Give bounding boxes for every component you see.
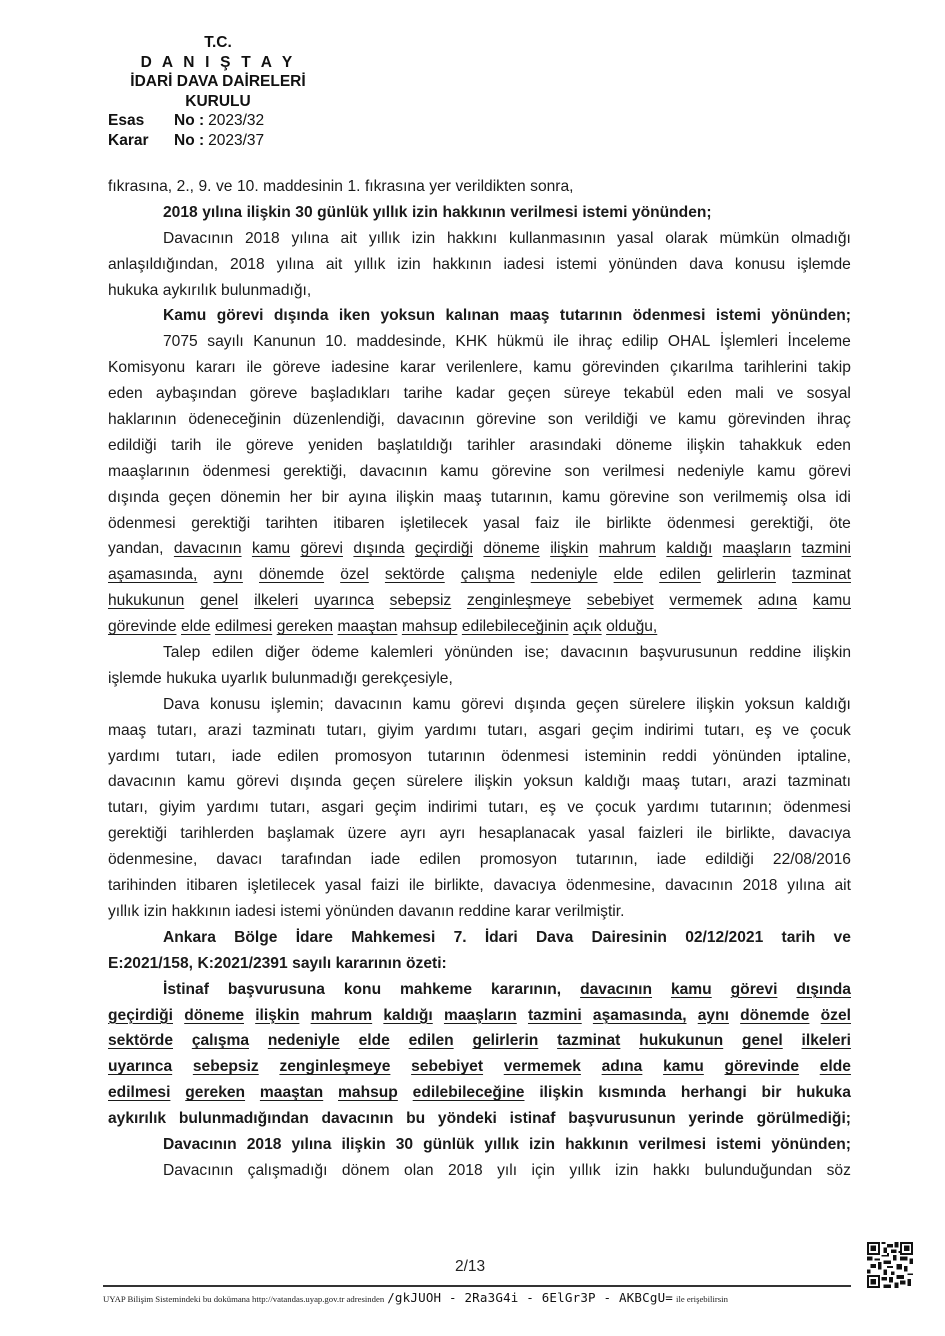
word: yıllık xyxy=(484,1134,519,1160)
word: dışında xyxy=(290,771,341,797)
word: itibaren xyxy=(186,875,237,901)
word: olarak xyxy=(665,228,707,254)
word: indirimi xyxy=(428,797,477,823)
word: mahkeme xyxy=(400,979,472,1005)
word: davacıya xyxy=(788,823,850,849)
word: yılına xyxy=(291,228,328,254)
word: yardımı xyxy=(647,797,699,823)
word: ile xyxy=(216,435,232,461)
word: nedeniyle xyxy=(677,461,744,487)
word: istemi xyxy=(280,901,321,927)
text-line: Davakonusuişlemin;davacınınkamugörevidış… xyxy=(108,694,851,720)
underlined-word: adına xyxy=(758,590,797,616)
esas-label: Esas xyxy=(108,111,174,131)
text-line: Davacının2018yılınailişkin30günlükyıllık… xyxy=(108,1134,851,1160)
word: tutarının xyxy=(560,305,622,331)
word: günlük xyxy=(423,1134,474,1160)
word: gerektiği, xyxy=(283,461,346,487)
word: yönünden xyxy=(326,901,395,927)
document-page: T.C. D A N I Ş T A Y İDARİ DAVA DAİRELER… xyxy=(0,0,945,1336)
word: ödenmesi xyxy=(633,305,706,331)
underlined-word: kamu xyxy=(252,538,290,564)
word: 2., xyxy=(177,176,194,202)
word: karar xyxy=(400,357,436,383)
text-line: hukukaaykırılıkbulunmadığı, xyxy=(108,280,851,306)
word: yılına xyxy=(292,1134,332,1160)
word: takip xyxy=(818,357,851,383)
text-line: E:2021/158,K:2021/2391sayılıkararınınöze… xyxy=(108,953,851,979)
word: herhangi xyxy=(681,1082,747,1108)
word: dönemin xyxy=(220,487,280,513)
word: istemi xyxy=(582,202,627,228)
word: ödenmesine, xyxy=(108,849,197,875)
word: yeniden xyxy=(308,435,363,461)
word: iken xyxy=(339,305,370,331)
text-line: tutarı,giyimyardımıtutarı,asgarigeçimind… xyxy=(108,797,851,823)
word: hükmü xyxy=(497,331,544,357)
word: tutarının; xyxy=(710,797,772,823)
word: hesaplanacak xyxy=(479,823,575,849)
word: davacının xyxy=(561,642,629,668)
word: faizi xyxy=(371,875,399,901)
word: gerektiği xyxy=(191,513,250,539)
word: tutarı, xyxy=(327,720,367,746)
word: yasal xyxy=(325,875,361,901)
word: dava xyxy=(689,254,723,280)
word: hakkını xyxy=(447,228,497,254)
word: ilişkin xyxy=(539,1082,583,1108)
word: yerinde xyxy=(688,1108,743,1134)
page-number: 2/13 xyxy=(455,1258,485,1276)
word: Davacının xyxy=(163,1134,237,1160)
word: sürelere xyxy=(629,694,685,720)
word: bulunduğundan xyxy=(705,1160,813,1186)
underlined-word: görevi xyxy=(300,538,342,564)
word: her xyxy=(290,487,313,513)
word: 2018 xyxy=(163,202,198,228)
underlined-word: kamu xyxy=(663,1056,704,1082)
underlined-word: edilen xyxy=(409,1030,454,1056)
word: iade xyxy=(232,746,261,772)
word: görevi xyxy=(236,771,278,797)
document-header: T.C. D A N I Ş T A Y İDARİ DAVA DAİRELER… xyxy=(108,33,328,150)
word: yıllık xyxy=(354,254,385,280)
word: konusu xyxy=(210,694,260,720)
underlined-word: davacının xyxy=(580,979,652,1005)
word: ve xyxy=(650,409,666,435)
word: maaş xyxy=(510,305,550,331)
word: edilip xyxy=(622,331,658,357)
word: 10. xyxy=(325,331,347,357)
word: ilişkin xyxy=(696,694,734,720)
word: yoksun xyxy=(380,305,435,331)
underlined-word: genel xyxy=(200,590,238,616)
word: ödenmesine, xyxy=(566,875,655,901)
underlined-word: gereken xyxy=(277,616,333,642)
word: iadesine xyxy=(331,357,389,383)
underlined-word: uyarınca xyxy=(108,1056,172,1082)
word: ödenmesi xyxy=(783,797,851,823)
word: 9. xyxy=(198,176,211,202)
word: ilişkin xyxy=(687,435,725,461)
word: olsa xyxy=(797,487,826,513)
word: eden xyxy=(108,383,143,409)
word: ayına xyxy=(348,487,386,513)
underlined-word: maaşların xyxy=(723,538,791,564)
word: yasal xyxy=(483,513,519,539)
word: hakkının xyxy=(433,254,492,280)
word: görülmediği; xyxy=(757,1108,851,1134)
word: ayrı xyxy=(439,823,465,849)
word: reddi xyxy=(662,746,697,772)
text-line: edildiğitarihilegöreveyenidenbaşlatıldığ… xyxy=(108,435,851,461)
word: kısmında xyxy=(598,1082,666,1108)
word: son xyxy=(548,409,573,435)
karar-no-value: 2023/37 xyxy=(208,131,264,151)
word: hakkının xyxy=(442,202,505,228)
text-line: ödenmesigerektiğitarihtenitibarenişletil… xyxy=(108,513,851,539)
word: göreve xyxy=(273,357,321,383)
word: indirimi xyxy=(644,720,693,746)
word: tarihlerini xyxy=(744,357,807,383)
word: tazminatı xyxy=(253,720,316,746)
underlined-word: elde xyxy=(181,616,210,642)
text-line: maaşlarınınödenmesigerektiği,davacınınka… xyxy=(108,461,851,487)
word: verildiği xyxy=(585,409,638,435)
word: başlamak xyxy=(267,823,334,849)
word: gerekçesiyle, xyxy=(362,668,453,694)
underlined-word: aynı xyxy=(698,1005,729,1031)
header-kurulu: KURULU xyxy=(108,92,328,112)
word: tarih xyxy=(782,927,816,953)
word: verilenlere, xyxy=(446,357,522,383)
word: ise; xyxy=(525,642,549,668)
word: kararının xyxy=(336,953,402,979)
underlined-word: aşamasında, xyxy=(108,564,197,590)
word: son xyxy=(565,461,590,487)
underlined-word: hukukunun xyxy=(639,1030,723,1056)
word: fıkrasına xyxy=(365,176,425,202)
word: giyim xyxy=(377,720,413,746)
word: tutarı, xyxy=(488,797,528,823)
word: yönünden; xyxy=(632,202,712,228)
verification-code[interactable]: /gkJUOH - 2Ra3G4i - 6ElGr3P - AKBCgU= xyxy=(387,1290,673,1305)
underlined-word: davacının xyxy=(174,538,242,564)
word: istemi xyxy=(716,1134,761,1160)
word: İstinaf xyxy=(163,979,209,1005)
word: görevi xyxy=(217,305,264,331)
word: diğer xyxy=(265,642,300,668)
word: kalemleri xyxy=(371,642,433,668)
word: 30 xyxy=(295,202,312,228)
word: tazminatı xyxy=(788,771,851,797)
word: bulunmadığından xyxy=(179,1108,309,1134)
underlined-word: elde xyxy=(820,1056,851,1082)
word: ile xyxy=(409,875,425,901)
underlined-word: adına xyxy=(602,1056,643,1082)
karar-number-row: Karar No : 2023/37 xyxy=(108,131,328,151)
word: reddine xyxy=(749,642,801,668)
underlined-word: gelirlerin xyxy=(717,564,776,590)
word: hukuka xyxy=(108,280,158,306)
text-line: Davacının2018yılınaaityıllıkizinhakkınık… xyxy=(108,228,851,254)
underlined-word: dönemde xyxy=(740,1005,809,1031)
word: ile xyxy=(697,823,713,849)
text-line: tarihindenitibarenişletilecekyasalfaizii… xyxy=(108,875,851,901)
underlined-word: kaldığı xyxy=(383,1005,432,1031)
underlined-word: sebepsiz xyxy=(193,1056,259,1082)
word: tutarının, xyxy=(491,487,553,513)
word: haklarının xyxy=(108,409,176,435)
word: davacıya xyxy=(494,875,556,901)
word: hakkının xyxy=(565,1134,628,1160)
word: yardımı xyxy=(207,797,259,823)
word: arazi xyxy=(743,771,777,797)
word: dışında xyxy=(514,694,565,720)
underlined-word: açık xyxy=(573,616,602,642)
word: 2018 xyxy=(245,228,280,254)
word: Dava xyxy=(163,694,199,720)
word: ve xyxy=(567,797,583,823)
word: tarihinden xyxy=(108,875,177,901)
underlined-word: sektörde xyxy=(385,564,445,590)
text-line: aykırılıkbulunmadığındandavacınınbuyönde… xyxy=(108,1108,851,1134)
word: ödeme xyxy=(311,642,359,668)
word: ait xyxy=(341,228,357,254)
word: maddesinde, xyxy=(356,331,445,357)
underlined-word: geçirdiği xyxy=(415,538,473,564)
word: yönünden xyxy=(609,254,678,280)
word: başvurusunun xyxy=(568,1108,675,1134)
word: kadar xyxy=(456,383,495,409)
text-line: Davacınınçalışmadığıdönemolan2018yılıiçi… xyxy=(108,1160,851,1186)
word: maaşlarının xyxy=(108,461,189,487)
word: eş xyxy=(755,720,771,746)
word: ile xyxy=(246,357,262,383)
underlined-word: genel xyxy=(742,1030,783,1056)
word: söz xyxy=(827,1160,851,1186)
word: anlaşıldığından, xyxy=(108,254,218,280)
underlined-word: vermemek xyxy=(669,590,742,616)
text-line: edenaybaşındangörevebaşladıklarıtariheka… xyxy=(108,383,851,409)
word: edilen xyxy=(419,849,461,875)
word: görevinden xyxy=(582,357,659,383)
underlined-word: hukukunun xyxy=(108,590,184,616)
word: verilmiştir. xyxy=(555,901,624,927)
text-line: 7075sayılıKanunun10.maddesinde,KHKhükmüi… xyxy=(108,331,851,357)
word: tekabül xyxy=(624,383,674,409)
text-line: gerektiğitarihlerdenbaşlamaküzereayrıayr… xyxy=(108,823,851,849)
word: yıllık xyxy=(369,228,400,254)
word: yönünden xyxy=(445,642,514,668)
word: ihraç xyxy=(817,409,851,435)
header-danistay: D A N I Ş T A Y xyxy=(108,53,328,73)
text-line: AnkaraBölgeİdareMahkemesi7.İdariDavaDair… xyxy=(108,927,851,953)
word: verilmemiş xyxy=(713,487,788,513)
word: promosyon xyxy=(480,849,557,875)
header-department: İDARİ DAVA DAİRELERİ xyxy=(108,72,328,92)
underlined-word: özel xyxy=(821,1005,851,1031)
text-line: yardımıtutarı,iadeedilenpromosyontutarın… xyxy=(108,746,851,772)
word: konu xyxy=(344,979,381,1005)
document-body: fıkrasına,2.,9.ve10.maddesinin1.fıkrasın… xyxy=(108,176,851,1186)
word: davacı xyxy=(216,849,262,875)
word: sayılı xyxy=(207,331,243,357)
underlined-word: geçirdiği xyxy=(108,1005,173,1031)
word: yılına xyxy=(277,254,314,280)
word: kararı xyxy=(196,357,236,383)
word: tutarının xyxy=(428,746,485,772)
underlined-word: ilkeleri xyxy=(254,590,298,616)
esas-number-row: Esas No : 2023/32 xyxy=(108,111,328,131)
word: ayrı xyxy=(400,823,426,849)
text-line: maaştutarı,arazitazminatıtutarı,giyimyar… xyxy=(108,720,851,746)
word: işletilecek xyxy=(400,513,468,539)
word: dışında xyxy=(274,305,329,331)
word: 10. xyxy=(237,176,259,202)
word: düzenlendiği, xyxy=(293,409,385,435)
word: başvurusuna xyxy=(228,979,325,1005)
word: tarihten xyxy=(266,513,318,539)
word: tutarı, xyxy=(691,771,731,797)
underlined-word: edilebileceğine xyxy=(413,1082,525,1108)
word: ve xyxy=(834,927,851,953)
word: tutarı, xyxy=(176,746,216,772)
word: geçen xyxy=(508,383,551,409)
word: Talep xyxy=(163,642,200,668)
word: iade xyxy=(371,849,400,875)
word: tarih xyxy=(171,435,201,461)
word: ve xyxy=(783,720,799,746)
word: kararının, xyxy=(491,979,561,1005)
word: olan xyxy=(404,1160,433,1186)
word: İdari xyxy=(485,927,518,953)
underlined-word: edilmesi xyxy=(215,616,272,642)
word: yardımı xyxy=(425,720,477,746)
underlined-word: gereken xyxy=(185,1082,245,1108)
word: izin xyxy=(615,1160,638,1186)
word: geçen xyxy=(169,487,212,513)
word: hukuka xyxy=(796,1082,851,1108)
word: sürelere xyxy=(407,771,463,797)
word: tarihlerden xyxy=(180,823,254,849)
word: arasındaki xyxy=(529,435,601,461)
word: tarihler xyxy=(467,435,515,461)
word: ödenmesi xyxy=(203,461,271,487)
underlined-word: mahrum xyxy=(311,1005,373,1031)
word: davacının xyxy=(321,1108,393,1134)
text-line: hukukunungenelilkeleriuyarıncasebepsizze… xyxy=(108,590,851,616)
underlined-word: gelirlerin xyxy=(472,1030,538,1056)
word: yılı xyxy=(497,1160,517,1186)
underlined-word: sektörde xyxy=(108,1030,173,1056)
word: edilen xyxy=(277,746,319,772)
word: hakkı xyxy=(653,1160,690,1186)
word: yöndeki xyxy=(438,1108,497,1134)
underlined-word: dönemde xyxy=(259,564,324,590)
text-line: haklarınınödeneceğinindüzenlendiği,davac… xyxy=(108,409,851,435)
underlined-word: tazmini xyxy=(528,1005,582,1031)
word: üzere xyxy=(348,823,387,849)
word: İnceleme xyxy=(788,331,851,357)
word: ödenmesi xyxy=(108,513,176,539)
word: yandan, xyxy=(108,538,164,564)
underlined-word: aşamasında, xyxy=(593,1005,687,1031)
word: hakkının xyxy=(172,901,231,927)
word: verilmesi xyxy=(638,1134,706,1160)
underlined-word: görevinde xyxy=(108,616,177,642)
word: göreve xyxy=(246,435,294,461)
word: bulunmadığı, xyxy=(221,280,311,306)
esas-no-label: No : xyxy=(174,111,204,131)
word: yılına xyxy=(787,875,824,901)
footer-prefix: UYAP Bilişim Sistemindeki bu dokümana ht… xyxy=(103,1294,384,1304)
word: bu xyxy=(406,1108,425,1134)
text-line: yıllıkizinhakkınıniadesiistemiyönündenda… xyxy=(108,901,851,927)
esas-no-value: 2023/32 xyxy=(208,111,264,131)
word: kalınan xyxy=(445,305,499,331)
word: birlikte, xyxy=(726,823,775,849)
word: çalışmadığı xyxy=(248,1160,328,1186)
word: kamu xyxy=(562,487,600,513)
underlined-word: sebepsiz xyxy=(390,590,452,616)
word: izin xyxy=(412,228,435,254)
word: sonra, xyxy=(530,176,573,202)
text-line: edilmesigerekenmaaştanmahsupedilebileceğ… xyxy=(108,1082,851,1108)
word: OHAL xyxy=(668,331,710,357)
word: döneme xyxy=(616,435,672,461)
word: Kamu xyxy=(163,305,206,331)
word: maddesinin xyxy=(263,176,343,202)
word: davacının xyxy=(665,875,733,901)
underlined-word: kamu xyxy=(671,979,712,1005)
underlined-word: dışında xyxy=(796,979,851,1005)
word: yönünden; xyxy=(771,305,851,331)
word: eden xyxy=(816,435,851,461)
word: ödeneceğinin xyxy=(188,409,281,435)
word: özeti: xyxy=(406,953,447,979)
word: ilişkin xyxy=(396,487,434,513)
word: ile xyxy=(553,331,569,357)
word: giyim xyxy=(159,797,195,823)
word: işletilecek xyxy=(247,875,315,901)
word: idi xyxy=(835,487,851,513)
underlined-word: olduğu, xyxy=(606,616,657,642)
underlined-word: nedeniyle xyxy=(531,564,598,590)
word: kamu xyxy=(533,357,571,383)
underlined-word: döneme xyxy=(483,538,539,564)
text-line: Komisyonukararıilegöreveiadesinekararver… xyxy=(108,357,851,383)
word: süreye xyxy=(564,383,611,409)
underlined-word: zenginleşmeye xyxy=(467,590,571,616)
word: yılına xyxy=(202,202,242,228)
word: ilişkin xyxy=(474,771,512,797)
word: işlemin; xyxy=(271,694,324,720)
word: istemi xyxy=(716,305,761,331)
text-line: İstinafbaşvurusunakonumahkemekararının,d… xyxy=(108,979,851,1005)
word: davacının xyxy=(334,694,402,720)
karar-no-label: No : xyxy=(174,131,204,151)
word: Ankara xyxy=(163,927,216,953)
underlined-word: maaştan xyxy=(338,616,398,642)
word: sosyal xyxy=(807,383,851,409)
word: günlük xyxy=(317,202,368,228)
word: yasal xyxy=(588,823,624,849)
word: yönünden xyxy=(713,746,782,772)
underlined-word: dışında xyxy=(353,538,404,564)
underlined-word: mahsup xyxy=(402,616,457,642)
word: kamu xyxy=(678,409,716,435)
